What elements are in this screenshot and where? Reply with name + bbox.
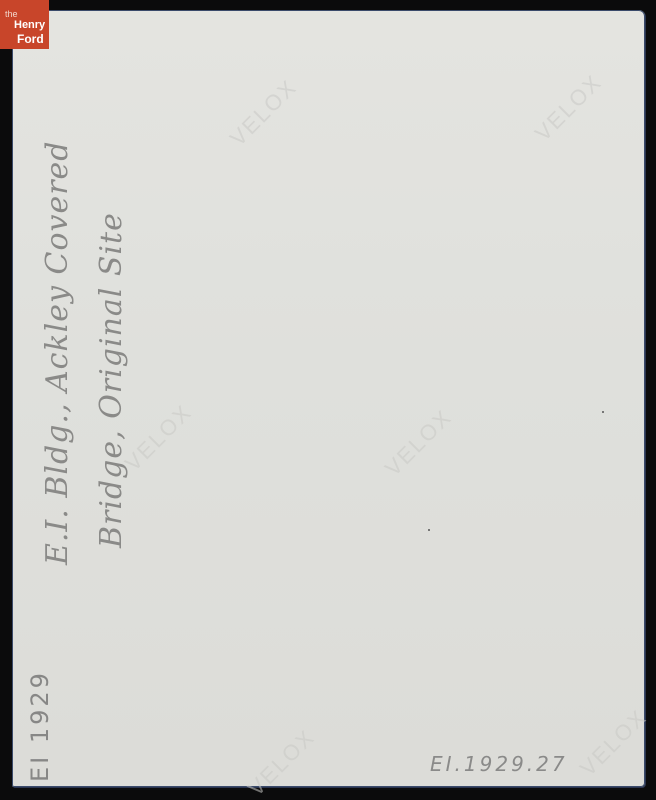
handwritten-accession-side: EI 1929 <box>26 670 54 782</box>
logo-henry: Henry <box>14 20 45 31</box>
handwritten-caption-line-2: Bridge, Original Site <box>94 212 129 548</box>
velox-watermark: VELOX <box>575 704 652 781</box>
henry-ford-logo: the Henry Ford <box>0 0 49 49</box>
velox-watermark: VELOX <box>530 69 607 146</box>
velox-watermark: VELOX <box>225 74 302 151</box>
logo-ford: Ford <box>17 33 44 45</box>
speck <box>602 411 604 413</box>
velox-watermark: VELOX <box>243 724 320 800</box>
speck <box>428 529 430 531</box>
logo-the: the <box>5 10 18 19</box>
handwritten-caption-line-1: E.I. Bldg., Ackley Covered <box>40 140 75 565</box>
velox-watermark: VELOX <box>120 399 197 476</box>
velox-watermark: VELOX <box>380 404 457 481</box>
handwritten-accession-number: EI.1929.27 <box>430 752 568 776</box>
